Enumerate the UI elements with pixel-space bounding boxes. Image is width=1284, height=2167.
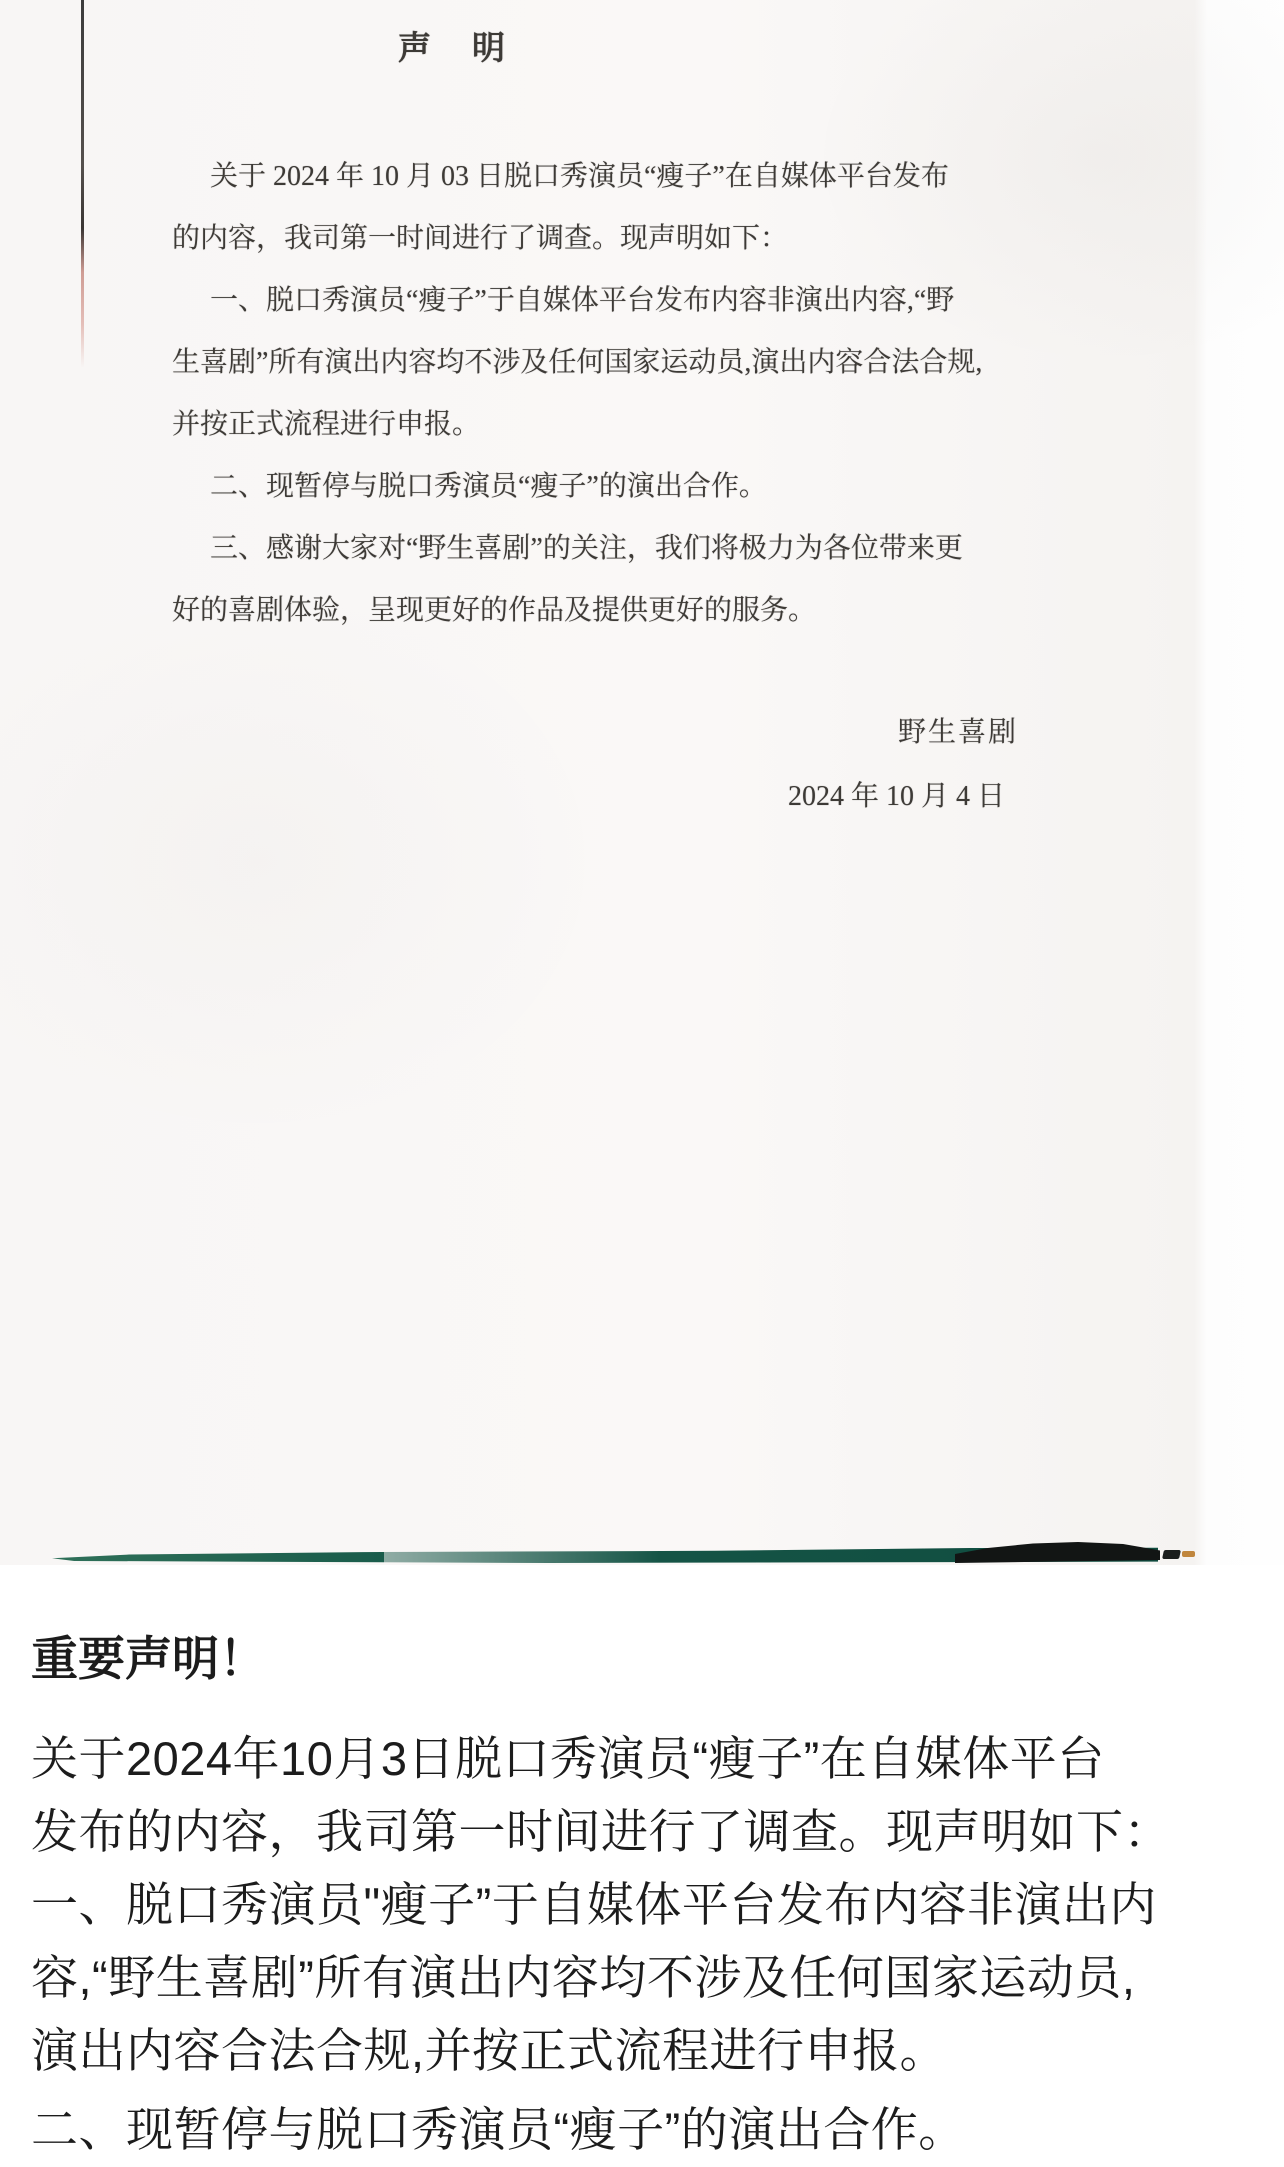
caption-heading: 重要声明！ <box>31 1622 266 1689</box>
statement-line: 好的喜剧体验，呈现更好的作品及提供更好的服务。 <box>172 594 816 628</box>
statement-line: 的内容，我司第一时间进行了调查。现声明如下： <box>172 222 788 256</box>
caption-line: 容,“野生喜剧”所有演出内容均不涉及任何国家运动员, <box>31 1941 1135 2008</box>
statement-line: 一、脱口秀演员“瘦子”于自媒体平台发布内容非演出内容,“野 <box>172 284 954 318</box>
caption-line: 发布的内容，我司第一时间进行了调查。现声明如下： <box>31 1795 1171 1862</box>
caption-line: 一、脱口秀演员"瘦子”于自媒体平台发布内容非演出内 <box>31 1868 1157 1935</box>
caption-line: 二、现暂停与脱口秀演员“瘦子”的演出合作。 <box>31 2093 966 2160</box>
scan-left-fold-line <box>81 0 84 368</box>
statement-line: 并按正式流程进行申报。 <box>172 408 480 442</box>
scanned-statement-image: 声 明 关于 2024 年 10 月 03 日脱口秀演员“瘦子”在自媒体平台发布… <box>0 0 1284 1565</box>
caption-line: 关于2024年10月3日脱口秀演员“瘦子”在自媒体平台 <box>31 1722 1105 1789</box>
caption-line: 演出内容合法合规,并按正式流程进行申报。 <box>31 2014 947 2081</box>
scan-bottom-edge-accent <box>1182 1551 1195 1557</box>
statement-date: 2024 年 10 月 4 日 <box>788 774 1005 814</box>
statement-line: 二、现暂停与脱口秀演员“瘦子”的演出合作。 <box>172 470 767 504</box>
scan-bottom-edge-dash <box>1162 1550 1181 1559</box>
statement-signature: 野生喜剧 <box>898 710 1018 750</box>
statement-line: 关于 2024 年 10 月 03 日脱口秀演员“瘦子”在自媒体平台发布 <box>172 160 949 194</box>
post-caption: 重要声明！ 关于2024年10月3日脱口秀演员“瘦子”在自媒体平台 发布的内容，… <box>0 1565 1284 2167</box>
statement-title: 声 明 <box>398 22 509 69</box>
statement-line: 生喜剧”所有演出内容均不涉及任何国家运动员,演出内容合法合规, <box>172 346 982 380</box>
scan-bottom-edge-black <box>955 1538 1160 1563</box>
post-page: 声 明 关于 2024 年 10 月 03 日脱口秀演员“瘦子”在自媒体平台发布… <box>0 0 1284 2167</box>
statement-line: 三、感谢大家对“野生喜剧”的关注，我们将极力为各位带来更 <box>172 532 963 566</box>
